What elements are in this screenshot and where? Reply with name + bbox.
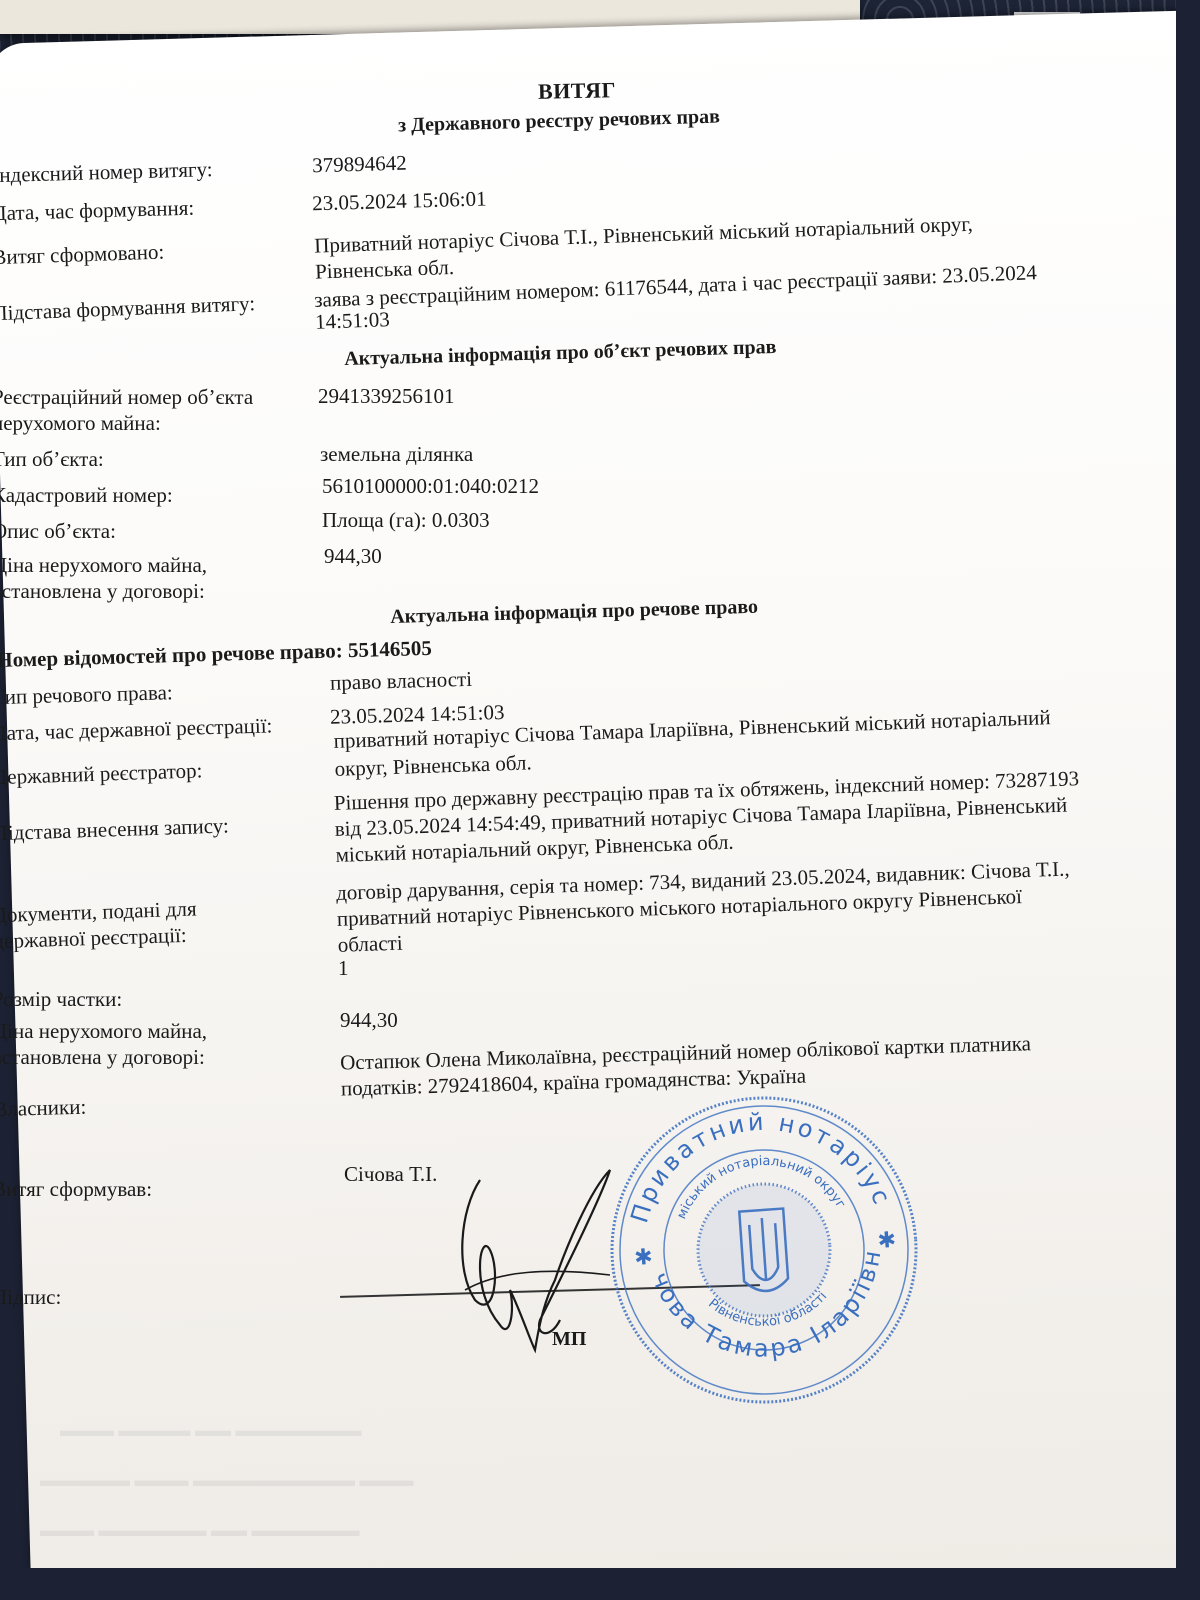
field-label-line: нерухомого майна: [0,410,161,436]
field-label: Розмір частки: [0,986,122,1012]
field-value: 5610100000:01:040:0212 [322,474,539,499]
bleed-through-text: ▬▬▬ ▬▬▬▬▬▬ ▬▬ ▬▬▬▬▬▬ [40,1520,360,1541]
field-value: 944,30 [324,544,382,569]
field-label: Тип об’єкта: [0,446,104,472]
handwritten-signature [440,1150,620,1360]
field-value: 1 [338,956,349,981]
field-value: 944,30 [340,1008,398,1033]
field-formation-basis: Підстава формування витягу: заява з реєс… [0,255,1175,300]
field-value-line: округ, Рівненська обл. [334,750,532,782]
field-value: Площа (га): 0.0303 [322,508,490,533]
field-label: Підстава внесення запису: [0,812,229,846]
field-label: Тип речового права: [0,679,173,710]
field-value-line: області [337,931,403,958]
field-value: 23.05.2024 15:06:01 [312,186,487,216]
field-label: Власники: [0,1094,87,1123]
field-value: Січова Т.І. [344,1162,437,1187]
field-label: Підпис: [0,1284,61,1310]
right-record-number: Номер відомостей про речове право: 55146… [0,636,432,673]
field-extract-index: Індексний номер витягу: 379894642 [0,129,1176,162]
field-label: Опис об’єкта: [0,518,116,544]
field-documents: Документи, подані для державної реєстрац… [0,857,1175,896]
field-label: Дата, час державної реєстрації: [0,712,273,746]
field-label-line: встановлена у договорі: [0,578,205,604]
field-label-line: Реєстраційний номер об’єкта [0,384,253,410]
field-label-line: Ціна нерухомого майна, [0,1018,207,1044]
field-value: право власності [330,667,473,696]
notary-stamp: Приватний нотаріус Січова Тамара Іларіїв… [593,1079,935,1421]
field-label: Підстава формування витягу: [0,290,256,326]
field-label-line: державної реєстрації: [0,922,187,954]
document-title: ВИТЯГ [538,77,617,105]
stamp-star-right: ✱ [877,1227,897,1253]
section-heading-right: Актуальна інформація про речове право [390,596,758,629]
field-label: Витяг сформовано: [0,239,165,271]
bleed-through-text: ▬▬▬▬▬ ▬▬▬ ▬▬▬▬▬▬▬▬▬ ▬▬▬ [40,1470,414,1491]
stamp-star-left: ✱ [633,1244,653,1270]
field-value: земельна ділянка [320,442,473,467]
field-label: Витяг сформував: [0,1176,152,1202]
document-content: ВИТЯГ з Державного реєстру речових прав … [0,0,1176,1568]
bleed-through-text: ▬▬▬ ▬▬▬▬ ▬▬ ▬▬▬▬▬▬▬ [60,1420,362,1441]
field-value: 379894642 [312,151,407,179]
section-heading-object: Актуальна інформація про об’єкт речових … [344,336,777,371]
field-value-line: Приватний нотаріус Січова Т.І., Рівненсь… [314,212,973,259]
field-label: Дата, час формування: [0,195,194,227]
field-value-line: 14:51:03 [315,307,391,335]
field-label: Державний реєстратор: [0,757,203,790]
document-subtitle: з Державного реєстру речових прав [398,106,720,138]
field-value: 2941339256101 [318,384,455,409]
field-label-line: Ціна нерухомого майна, [0,552,207,578]
field-label-line: встановлена у договорі: [0,1044,205,1070]
field-value-line: Рівненська обл. [315,255,455,285]
field-label: Індексний номер витягу: [0,156,213,188]
field-label: Кадастровий номер: [0,482,173,508]
